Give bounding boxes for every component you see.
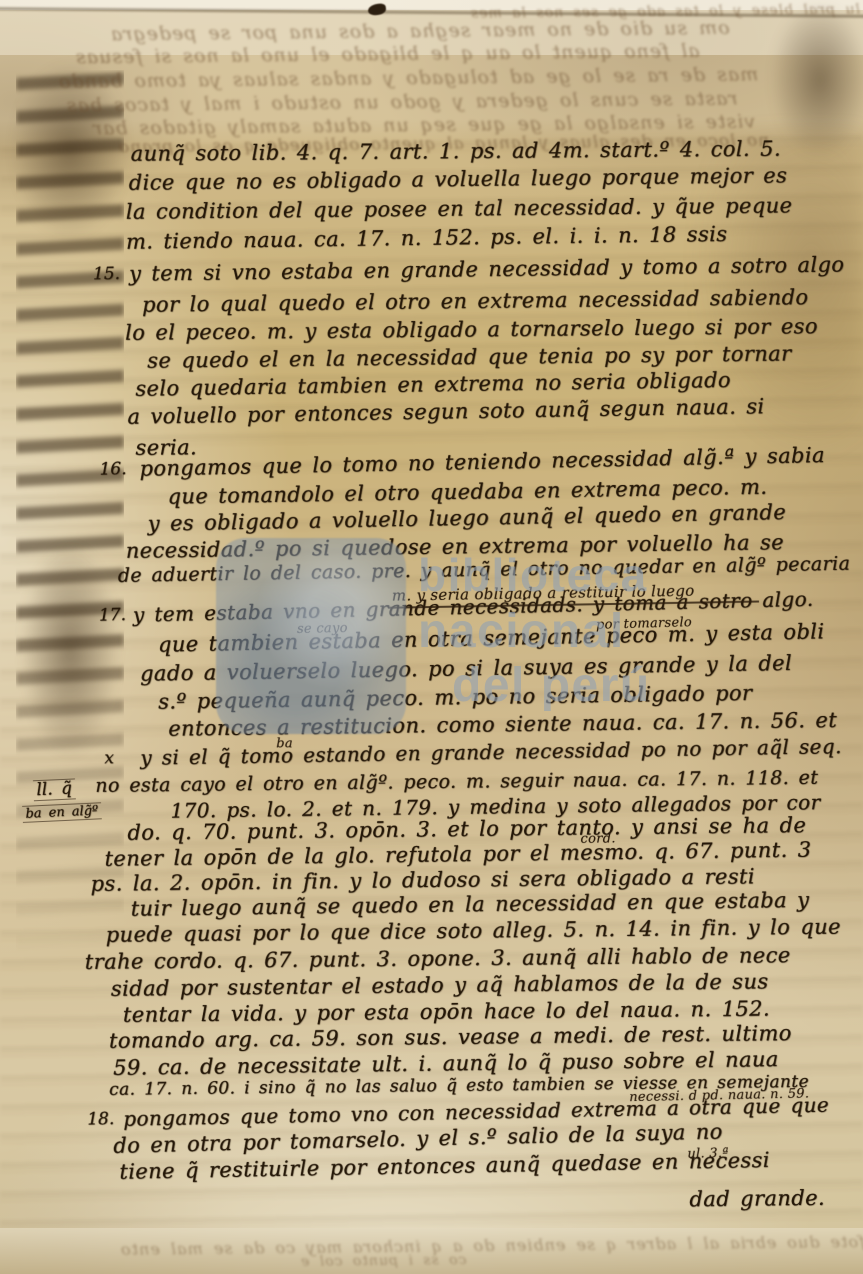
paragraph-number: ll. q̃ <box>33 778 76 801</box>
manuscript-line: aunq̃ soto lib. 4. q. 7. art. 1. ps. ad … <box>131 139 781 165</box>
manuscript-line: lo el peceo. m. y esta obligado a tornar… <box>125 316 818 344</box>
manuscript-line-text: y tem si vno estaba en grande necessidad… <box>129 252 845 285</box>
manuscript-line: la condition del que posee en tal necess… <box>126 195 793 222</box>
manuscript-line: a voluello por entonces segun soto aunq̃… <box>127 396 765 428</box>
manuscript-line-text: trahe cordo. q. 67. punt. 3. opone. 3. a… <box>85 943 791 974</box>
interlinear-note: ul. 3.ª <box>687 1147 729 1161</box>
paragraph-number: 16. <box>99 461 126 479</box>
interlinear-note: necessi. d pd. naua. n. 59. <box>629 1087 809 1104</box>
manuscript-line: dice que no es obligado a voluella luego… <box>129 165 788 193</box>
interlinear-note: cord. <box>580 832 615 845</box>
manuscript-line: trahe cordo. q. 67. punt. 3. opone. 3. a… <box>85 945 791 973</box>
watermark-text-line: del perú <box>452 662 651 710</box>
manuscript-line: 15.y tem si vno estaba en grande necessi… <box>129 254 845 284</box>
manuscript-line: por lo qual quedo el otro en extrema nec… <box>142 287 809 316</box>
manuscript-line: m. tiendo naua. ca. 17. n. 152. ps. el. … <box>126 224 728 253</box>
manuscript-line: dad grande. <box>689 1188 825 1211</box>
manuscript-line-text: dad grande. <box>689 1186 825 1212</box>
manuscript-line: sidad por sustentar el estado y aq̃ habl… <box>111 971 769 999</box>
watermark-text-line: biblioteca <box>418 552 648 598</box>
manuscript-line-text: aunq̃ soto lib. 4. q. 7. art. 1. ps. ad … <box>131 137 781 166</box>
manuscript-line-text: m. tiendo naua. ca. 17. n. 152. ps. el. … <box>126 222 728 254</box>
manuscript-line-text: lo el peceo. m. y esta obligado a tornar… <box>125 314 818 345</box>
manuscript-line: puede quasi por lo que dice soto alleg. … <box>106 917 841 946</box>
manuscript-line-text: sidad por sustentar el estado y aq̃ habl… <box>111 969 769 1000</box>
paragraph-number: 18. <box>87 1111 114 1129</box>
watermark-text-line: nacional <box>418 608 625 656</box>
paragraph-number: 15. <box>93 266 120 283</box>
manuscript-line: xy si el q̃ tomo estando en grande neces… <box>140 736 842 768</box>
paragraph-number: x <box>104 750 114 767</box>
interlinear-note: ba <box>276 737 293 750</box>
paragraph-number: ba en alg̃º <box>22 802 101 823</box>
watermark-logo <box>216 538 406 734</box>
manuscript-line-text: por lo qual quedo el otro en extrema nec… <box>142 285 809 317</box>
manuscript-line-text: dice que no es obligado a voluella luego… <box>129 163 788 194</box>
manuscript-page: om su dio de no mear segha a dos una por… <box>0 0 863 1274</box>
manuscript-line-text: la condition del que posee en tal necess… <box>126 193 793 223</box>
paragraph-number: 17. <box>99 607 126 625</box>
